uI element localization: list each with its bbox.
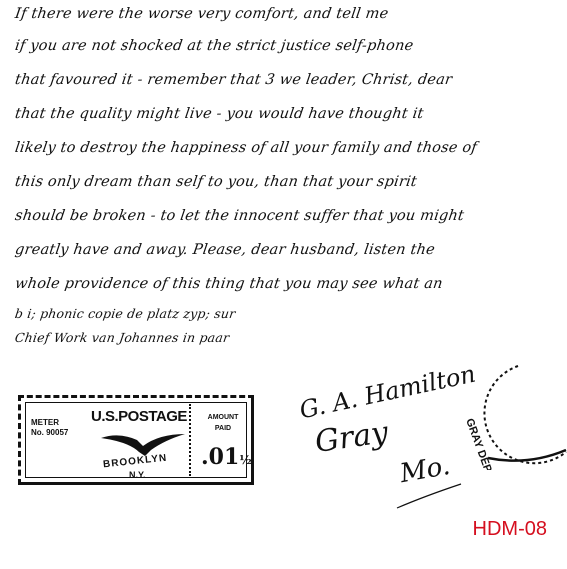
letter-line: b i; phonic copie de platz zyp; sur (14, 306, 236, 321)
signature-place: Gray (313, 415, 390, 460)
stamp-title: U.S.POSTAGE (91, 408, 187, 425)
postmark-text: GRAY DEPOT (463, 417, 499, 470)
amount-fraction: ½ (239, 453, 252, 467)
letter-line: if you are not shocked at the strict jus… (14, 38, 414, 54)
stamp-meter-label: METER (31, 418, 68, 428)
postmark-icon: GRAY DEPOT (448, 360, 567, 470)
amount-label-line: AMOUNT (197, 412, 249, 423)
letter-line: likely to destroy the happiness of all y… (14, 140, 478, 156)
letter-line: If there were the worse very comfort, an… (14, 6, 389, 22)
stamp-state: N.Y. (129, 470, 146, 480)
eagle-icon (99, 430, 189, 458)
letter-line: that favoured it - remember that 3 we le… (14, 72, 453, 88)
postage-meter-stamp: METER No. 90057 U.S.POSTAGE BROOKLYN N.Y… (18, 395, 254, 485)
stamp-meter-info: METER No. 90057 (31, 418, 68, 438)
amount-value: .01 (201, 444, 239, 470)
letter-line: Chief Work van Johannes in paar (14, 330, 230, 345)
amount-label-line: PAID (197, 423, 249, 434)
product-code-label: HDM-08 (473, 518, 547, 541)
signature-underline (395, 480, 465, 510)
stamp-amount: .01½ (201, 444, 252, 470)
letter-line: whole providence of this thing that you … (14, 276, 444, 292)
stamp-amount-label: AMOUNT PAID (197, 412, 249, 434)
letter-line: should be broken - to let the innocent s… (14, 208, 465, 224)
letter-line: that the quality might live - you would … (14, 106, 425, 122)
stamp-divider (189, 404, 191, 476)
letter-line: this only dream than self to you, than t… (14, 174, 418, 190)
stamp-meter-number: No. 90057 (31, 428, 68, 438)
letter-line: greatly have and away. Please, dear husb… (14, 242, 436, 258)
